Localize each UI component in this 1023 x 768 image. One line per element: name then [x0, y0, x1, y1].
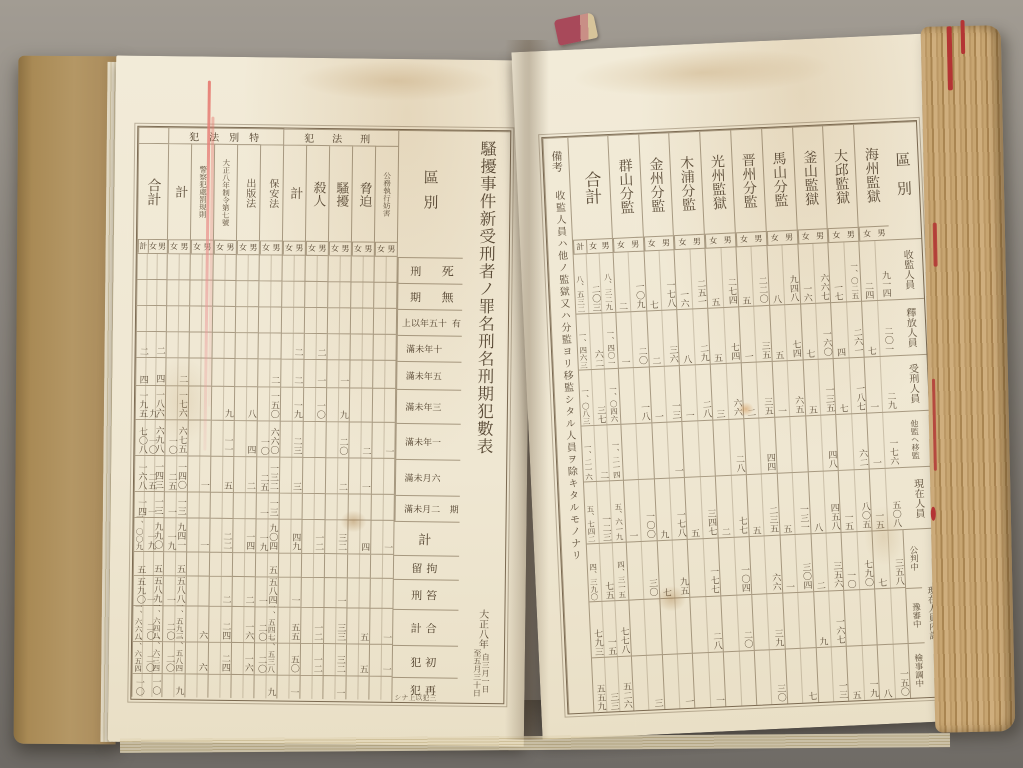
column-name-text: 大正八年制令第七號 [221, 159, 230, 227]
data-cell [350, 333, 373, 359]
value-male: 二 [269, 375, 278, 384]
foxing-stain [572, 44, 834, 102]
value-male: 二〇一 [882, 326, 893, 353]
sub-male: 九四八 [783, 245, 800, 305]
value-male: 一六〇 [820, 329, 831, 356]
total-sub [146, 358, 156, 385]
term-class-cell: 死 [433, 258, 463, 283]
column-name: 計 [282, 145, 306, 241]
term-row: 滿未年三 [396, 390, 461, 424]
sex-pair: 男女 [236, 240, 259, 254]
sub-female: 二 [811, 534, 829, 592]
data-cell: 四 [233, 420, 256, 456]
total-sub: 一、〇四六 [605, 369, 620, 424]
sub-female [652, 423, 670, 479]
sub-female [259, 255, 271, 280]
sub-female: 五 [685, 477, 703, 539]
data-cell: 七 [785, 647, 817, 703]
column-name: 計 [167, 143, 191, 239]
sub-male [247, 307, 258, 332]
value-male: 一、二一四 [611, 440, 620, 478]
sub-male [179, 280, 190, 305]
value-female: 五 [773, 350, 783, 359]
sub-female [875, 589, 893, 645]
date-range: 自三月一日至五月三十日 [472, 649, 489, 697]
sub-male: 一七六 [177, 386, 188, 419]
column-name: 騷擾 [328, 145, 352, 241]
value-female: 九 [658, 530, 668, 539]
column-name-text: 合計 [146, 177, 161, 205]
value-male: 二九 [885, 391, 895, 409]
sex-male: 男 [271, 241, 282, 254]
sub-female: 一〇 [257, 421, 269, 456]
sub-female [190, 332, 202, 357]
data-cell: 五八四一 [254, 576, 277, 606]
value-male: 一、〇二五 [850, 261, 859, 299]
sub-female [662, 654, 680, 709]
data-cell: 三四七五 [685, 476, 718, 539]
data-cell [212, 332, 235, 358]
data-cell: 一七七 [688, 537, 720, 596]
data-cell [166, 331, 189, 357]
sub-male [248, 281, 259, 306]
data-cell [373, 282, 396, 308]
sub-male: 二三 [292, 422, 303, 457]
value-female: 三 [714, 409, 724, 418]
data-cell [844, 588, 876, 645]
sub-male: 二五一 [690, 249, 707, 309]
sub-female [724, 652, 742, 707]
value-male: 一 [199, 481, 208, 490]
sub-female [621, 424, 639, 480]
sub-female: 八 [878, 645, 896, 700]
sub-male: 二九 [693, 309, 710, 365]
value-female: 七五 [603, 581, 613, 599]
sub-female [167, 306, 179, 331]
data-cell: 四八 [806, 414, 838, 471]
sub-male [179, 254, 190, 279]
data-cell: 一 [186, 517, 209, 551]
red-edge-mark [933, 223, 938, 267]
data-cell: 七七二 [716, 474, 749, 537]
sub-female [209, 643, 221, 674]
sub-male [270, 307, 281, 332]
value-female: 七 [647, 300, 657, 309]
total-sub [137, 280, 147, 305]
term-label: 滿未年一 [395, 424, 449, 460]
value-male: 五〇 [288, 655, 298, 673]
value-male: 九五 [677, 577, 687, 595]
total-sub [147, 306, 157, 331]
death-life-row: 無期 [397, 284, 462, 310]
data-cell: 二 [208, 576, 231, 606]
sub-male [739, 651, 756, 706]
sub-male: 六二 [852, 414, 869, 470]
total-data-cell: 五、六一九一二三五、七四二 [584, 480, 626, 544]
fixed-term-strip [449, 461, 460, 496]
data-cell [372, 360, 395, 388]
sub-female [256, 553, 268, 576]
prison-name-cell: 海州監獄 [854, 124, 888, 227]
group-keihohan: 犯法刑 [283, 129, 398, 146]
column-name-text: 騷擾 [334, 181, 348, 207]
sub-female [328, 282, 340, 307]
data-cell [212, 306, 235, 332]
data-cell: 一、〇二五一七 [829, 241, 862, 302]
value-male: 一六七 [833, 617, 844, 644]
data-cell: 一 [323, 577, 346, 607]
sub-male [178, 306, 189, 331]
sub-female [282, 308, 294, 333]
term-label: 滿未月二 [395, 496, 449, 522]
value-female: 二〇 [164, 654, 174, 672]
sub-female [351, 282, 363, 307]
value-male: 二三五 [767, 506, 778, 533]
value-female: 一二三 [600, 514, 611, 541]
sub-female [783, 593, 801, 649]
sub-female [210, 519, 222, 552]
sex-pair: 男女 [167, 239, 190, 253]
value-male: 八、三二九 [603, 273, 612, 311]
data-cell-total: 二二 [136, 331, 166, 357]
total-sub: 一、二一四 [608, 425, 623, 480]
term-row: 有上以年五十 [397, 310, 462, 336]
sub-male: 一 [336, 578, 347, 607]
data-cell [350, 307, 373, 333]
sub-female [232, 643, 244, 674]
value-female: 二 [138, 347, 147, 356]
total-sub: 七七八 [616, 601, 631, 656]
sub-female [300, 676, 312, 699]
data-cell [281, 307, 304, 333]
sub-male [340, 282, 351, 307]
sub-female [187, 552, 199, 575]
sub-female [301, 644, 313, 675]
total-sub [147, 254, 157, 279]
data-cell [350, 281, 373, 307]
term-class-cell: 無 [433, 284, 463, 309]
data-cell [660, 597, 692, 654]
data-cell: 三〇四一 [780, 533, 812, 592]
sub-male: 五 [175, 552, 186, 575]
sub-male: 九 [223, 387, 234, 420]
data-cell: 二 [281, 333, 304, 359]
data-cell: 四 [347, 519, 370, 553]
sub-female [752, 594, 770, 650]
sub-female [167, 254, 179, 279]
total-sub: 五 [134, 552, 144, 575]
value-female: 一、四六三 [578, 331, 587, 369]
value-male: 二六一 [851, 328, 862, 355]
data-cell [299, 675, 322, 699]
sex-female: 女 [214, 241, 225, 254]
sub-female [816, 647, 834, 702]
sex-male: 男 [812, 229, 827, 243]
data-cell: 六六七一六 [798, 242, 831, 303]
data-cell: 一九五 [847, 644, 879, 700]
data-cell-total: 一、六三四二〇一、六五四 [132, 641, 162, 673]
value-male: 一 [198, 541, 207, 550]
era-label: 大正八年 [476, 609, 487, 649]
sub-male: 一〇 [315, 388, 326, 421]
term-row: 滿未年五 [396, 362, 461, 390]
total-data-cell: 一、二一四二一、二一六 [581, 424, 622, 482]
column-name-text: 殺人 [311, 180, 325, 206]
sub-male: 一 [316, 360, 327, 387]
data-cell [235, 280, 258, 306]
sub-male: 三二 [337, 520, 348, 553]
sub-female [325, 554, 337, 577]
sub-female [166, 386, 178, 419]
sub-female [775, 417, 793, 473]
sub-female [719, 538, 737, 596]
sub-male: 五五 [290, 608, 301, 643]
total-sub-1: 女 [586, 240, 599, 254]
data-cell-total: 五八九一五九〇 [132, 575, 162, 605]
value-male: 一七八 [664, 280, 675, 307]
value-male: 一〇九 [633, 282, 644, 309]
data-row: 一四三二一二四九九〇四一九一四二二一九四一一九九九〇一九一、〇〇九 [133, 517, 393, 554]
data-cell: 九四一一九 [163, 517, 186, 551]
value-female: 七 [804, 349, 814, 358]
sub-male: 一四 [245, 519, 256, 552]
prison-name: 木浦分監 [678, 155, 695, 212]
total-sub: 九 [146, 386, 156, 419]
sub-male [337, 494, 348, 519]
sub-female [373, 361, 385, 388]
value-female: 五 [740, 296, 750, 305]
total-sub: 八、五三二 [574, 254, 590, 314]
data-row: 五五五五 [133, 551, 393, 578]
value-male: 一六 [243, 622, 253, 640]
band-label: 他監ヘ移監 [897, 410, 932, 467]
data-cell: 九 [211, 386, 234, 420]
value-female: 五 [781, 524, 791, 533]
data-cell: 三五八七 [873, 529, 905, 588]
sub-female: 一五 [870, 469, 888, 531]
sub-female [211, 457, 223, 492]
prison-name: 大邱監獄 [832, 148, 849, 205]
sub-male: 一七七 [703, 538, 720, 596]
row-label-cell: 滿未年五 [396, 361, 461, 390]
sub-male: 三五八 [888, 530, 905, 588]
sub-male: 六六 [726, 363, 743, 419]
sub-male: 一三一 [793, 472, 810, 534]
sub-female [259, 281, 271, 306]
total-data-cell: 七七八一五七九三 [589, 600, 630, 658]
sub-female [254, 675, 266, 698]
value-male: 三 [652, 698, 662, 707]
sub-male: 一 [383, 521, 394, 554]
term-label: 滿未年三 [396, 390, 450, 424]
sub-female [351, 308, 363, 333]
row-label-cell: 刑笞 [393, 579, 458, 610]
sub-male: 一〇〇 [639, 479, 656, 541]
sub-female [236, 281, 248, 306]
value-female: 二〇 [256, 655, 266, 673]
sub-female: 一六 [675, 249, 693, 309]
value-female: 三七 [595, 406, 605, 424]
data-cell: 一 [276, 674, 299, 698]
sub-female: 二〇 [255, 643, 267, 674]
sub-male [316, 308, 327, 333]
data-cell [373, 334, 396, 360]
value-female: 一六 [801, 284, 811, 302]
data-cell: 一三 [816, 646, 848, 702]
sub-female: 一九 [164, 518, 176, 551]
sex-female: 女 [797, 230, 812, 244]
column-name-text: 保安法 [266, 178, 277, 208]
sub-male: 三〇 [770, 650, 787, 705]
data-cell: 二 [257, 358, 280, 386]
value-female: 二 [719, 527, 729, 536]
sub-female [372, 459, 384, 494]
sub-male: 五〇八 [885, 468, 902, 530]
sub-male [339, 334, 350, 359]
fixed-term-strip: 期 [449, 497, 460, 522]
data-area: 犯法刑犯法別特公務執行妨害脅迫騷擾殺人計保安法出版法大正八年制令第七號警察犯處罰… [131, 127, 398, 702]
value-female: 五 [806, 405, 816, 414]
data-cell: 一〇〇一 [624, 478, 657, 541]
data-cell: 一六七九 [814, 590, 846, 647]
sub-male [636, 423, 653, 479]
sub-male [244, 553, 255, 576]
sub-male [314, 458, 325, 493]
sub-female [373, 389, 385, 422]
prison-name-cell: 光州監獄 [700, 131, 734, 234]
breakdown-band-label: 豫審中 [906, 587, 925, 643]
data-cell [304, 255, 327, 281]
data-cell [234, 358, 257, 386]
prison-name-cell: 馬山分監 [762, 128, 796, 231]
sub-male: 七 [801, 648, 818, 703]
sub-female [324, 608, 336, 643]
sub-male [221, 553, 232, 576]
sub-female [282, 282, 294, 307]
term-row: 滿未年一 [395, 424, 460, 460]
sub-female [301, 578, 313, 607]
sub-female [324, 644, 336, 675]
data-cell [235, 332, 258, 358]
total-sub: 二 [137, 332, 147, 357]
value-female: 一 [870, 458, 880, 467]
sub-female [327, 388, 339, 421]
sub-male [293, 308, 304, 333]
data-cell: 一三一 [256, 492, 279, 518]
value-female: 二〇三 [589, 285, 600, 312]
data-cell: 一 [277, 576, 300, 606]
data-cell: 二 [325, 457, 348, 493]
total-sub-header: 男女計 [137, 239, 167, 253]
value-female: 二四 [862, 281, 872, 299]
sub-female: 一 [616, 312, 634, 368]
value-male: 一六 [242, 654, 252, 672]
total-sub [137, 306, 147, 331]
value-male: 五 [357, 664, 366, 673]
sub-male: 三五六 [827, 533, 844, 591]
value-male: 八〇五 [859, 502, 870, 529]
sub-female [234, 421, 246, 456]
sub-female: 七 [834, 358, 852, 414]
data-cell [235, 306, 258, 332]
value-male: 一、〇四六 [608, 384, 617, 422]
row-label: 犯初 [393, 646, 458, 678]
sub-female [209, 577, 221, 606]
data-cell-total: 五五 [133, 551, 163, 575]
remarks-label: 備考 [550, 150, 563, 173]
data-cell: 六六 [750, 535, 782, 594]
value-female: 二 [650, 356, 660, 365]
sub-female: 五 [736, 247, 754, 307]
data-cell: 一 [322, 675, 345, 699]
data-cell [278, 553, 301, 577]
sub-female [302, 554, 314, 577]
data-cell [258, 254, 281, 280]
column-name-text: 公務執行妨害 [382, 172, 390, 217]
sub-female [259, 333, 271, 358]
sub-female: 八 [678, 309, 696, 365]
data-cell: 一七六 [165, 385, 188, 419]
data-cell: 二〇一 [616, 311, 648, 368]
sub-male: 六七五 [177, 420, 188, 455]
sub-female [369, 677, 381, 700]
sub-female [351, 256, 363, 281]
total-sub [157, 280, 166, 305]
breakdown-band-label: 檢事調中 [909, 643, 927, 698]
value-male: 三二 [336, 533, 346, 551]
sub-male: 二〇 [737, 595, 754, 651]
total-sub: 七五 [600, 543, 616, 601]
value-male: 二八 [700, 400, 710, 418]
data-cell: 一 [348, 457, 371, 493]
data-row: 一一五八四一二二五八八一五八九一五九〇 [132, 575, 392, 608]
value-male: 七四 [790, 340, 800, 358]
value-male: 五五 [289, 623, 299, 641]
sub-female: 一 [165, 492, 177, 517]
sex-female: 女 [306, 242, 317, 255]
value-male: 一三 [175, 497, 185, 515]
sub-female [213, 333, 225, 358]
sub-female [166, 358, 178, 385]
data-cell: 九〇四一九 [255, 518, 278, 552]
prison-name: 釜山監獄 [801, 150, 818, 207]
value-male: 一四〇 [176, 462, 186, 489]
sub-female [325, 520, 337, 553]
data-cell: 六六三 [711, 362, 743, 419]
value-female: 一 [146, 507, 155, 516]
row-label-cell: 滿未年三 [396, 389, 461, 424]
total-sub: 一六八 [135, 456, 145, 491]
sub-male: 二 [293, 334, 304, 359]
sub-male: 一七八 [670, 478, 687, 540]
sub-female [632, 656, 650, 711]
value-male: 一、五三八 [267, 635, 275, 673]
sex-pair: 男女 [705, 232, 735, 247]
sub-female [374, 257, 386, 282]
column-names-row: 公務執行妨害脅迫騷擾殺人計保安法出版法大正八年制令第七號警察犯處罰規則計合計 [137, 143, 398, 242]
data-cell: 二 [304, 333, 327, 359]
sex-pair: 男女 [613, 237, 643, 252]
term-label: 上以年五十 [397, 310, 451, 336]
sub-male: 六五 [788, 360, 805, 416]
value-female: 一〇 [258, 437, 268, 455]
sub-female [347, 644, 359, 675]
band-label: 釋放人員 [892, 298, 927, 355]
sub-female [236, 307, 248, 332]
sex-male: 男 [843, 228, 858, 242]
sub-female: 二五 [165, 456, 177, 491]
value-male: 九 [337, 410, 346, 419]
